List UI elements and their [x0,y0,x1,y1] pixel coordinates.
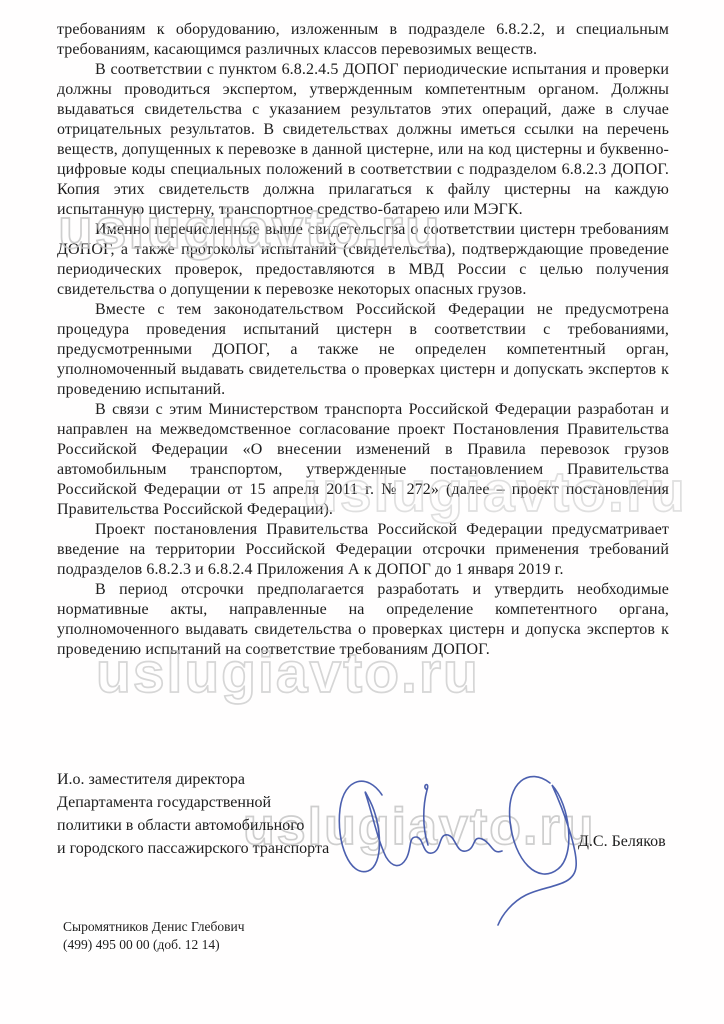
signature-position-line: политики в области автомобильного [57,814,329,837]
body-paragraph: Проект постановления Правительства Росси… [57,520,669,580]
scanned-letter-page: требованиям к оборудованию, изложенным в… [0,0,724,1024]
body-paragraph: В соответствии с пунктом 6.8.2.4.5 ДОПОГ… [57,60,669,220]
body-paragraph: В связи с этим Министерством транспорта … [57,400,669,520]
body-paragraph: Вместе с тем законодательством Российско… [57,300,669,400]
signature-position-line: и городского пассажирского транспорта [57,837,329,860]
contact-phone: (499) 495 00 00 (доб. 12 14) [63,936,245,954]
letter-body: требованиям к оборудованию, изложенным в… [57,20,669,660]
signature-position-block: И.о. заместителя директора Департамента … [57,768,329,860]
body-paragraph: требованиям к оборудованию, изложенным в… [57,20,669,60]
signature-position-line: Департамента государственной [57,791,329,814]
body-paragraph: Именно перечисленные выше свидетельства … [57,220,669,300]
footer-contact: Сыромятников Денис Глебович (499) 495 00… [63,918,245,954]
body-paragraph: В период отсрочки предполагается разрабо… [57,580,669,660]
contact-name: Сыромятников Денис Глебович [63,918,245,936]
signer-name: Д.С. Беляков [578,833,666,851]
signature-position-line: И.о. заместителя директора [57,768,329,791]
